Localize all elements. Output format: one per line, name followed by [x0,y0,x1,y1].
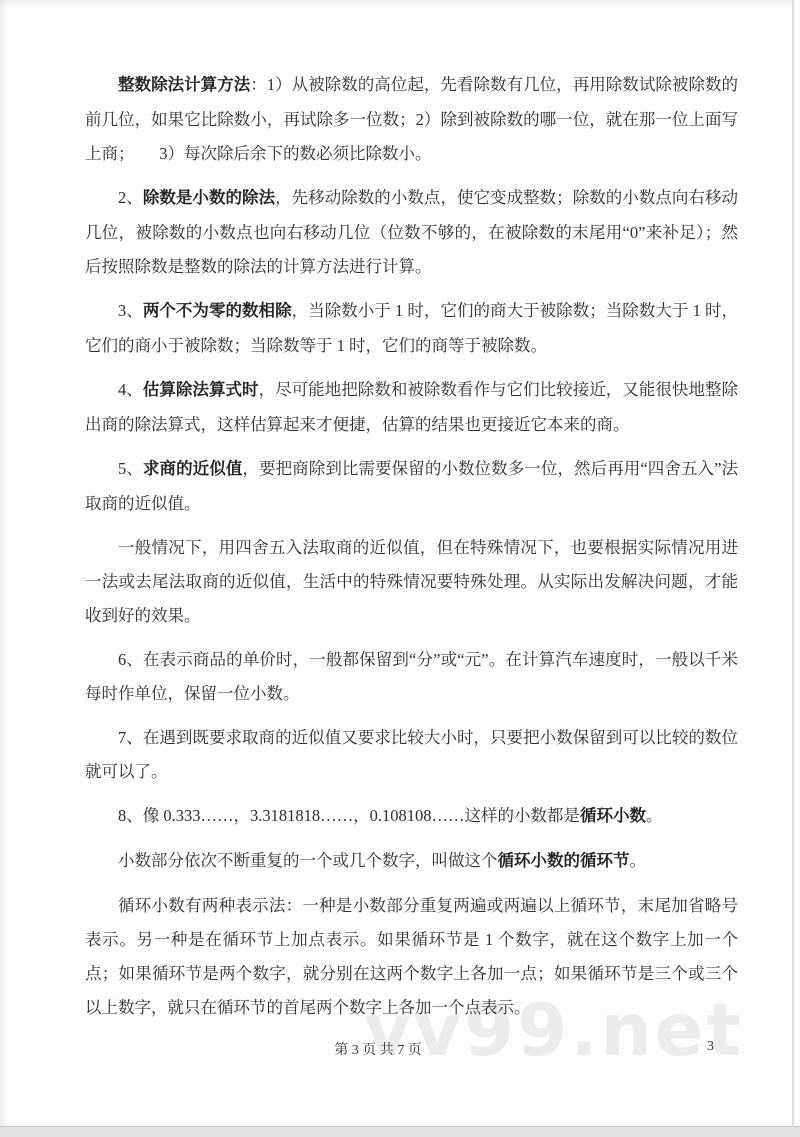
paragraph: 一般情况下，用四舍五入法取商的近似值，但在特殊情况下，也要根据实际情况用进一法或… [85,531,738,633]
text-segment: 。 [630,851,647,870]
page-edge-bottom [0,1126,800,1137]
text-segment: 。 [646,806,663,825]
paragraph: 小数部分依次不断重复的一个或几个数字，叫做这个循环小数的循环节。 [85,844,738,879]
text-segment: 3、 [118,301,143,320]
bold-term: 循环小数 [580,807,646,825]
paragraph: 5、求商的近似值，要把商除到比需要保留的小数位数多一位，然后再用“四舍五入”法取… [85,452,738,521]
paragraph: 循环小数有两种表示法：一种是小数部分重复两遍或两遍以上循环节，末尾加省略号表示。… [85,889,738,1025]
paragraph: 2、除数是小数的除法，先移动除数的小数点，使它变成整数；除数的小数点向右移动几位… [85,181,738,284]
text-segment: 2、 [118,188,143,207]
page-edge-top [0,0,800,7]
bold-term: 整数除法计算方法 [118,76,250,94]
paragraph: 4、估算除法算式时，尽可能地把除数和被除数看作与它们比较接近，又能很快地整除出商… [85,373,738,442]
text-segment: 4、 [118,380,143,399]
text-segment: 一般情况下，用四舍五入法取商的近似值，但在特殊情况下，也要根据实际情况用进一法或… [85,538,738,625]
paragraph: 8、像 0.333……，3.3181818……，0.108108……这样的小数都… [85,799,738,834]
bold-term: 两个不为零的数相除 [143,302,292,320]
paragraph: 7、在遇到既要求取商的近似值又要求比较大小时，只要把小数保留到可以比较的数位就可… [85,721,738,789]
text-segment: 循环小数有两种表示法：一种是小数部分重复两遍或两遍以上循环节，末尾加省略号表示。… [85,896,738,1017]
text-segment: 8、像 0.333……，3.3181818……，0.108108……这样的小数都… [118,806,580,825]
page-edge-left [0,0,9,1127]
bold-term: 除数是小数的除法 [143,189,275,207]
page-edge-right-margin [794,0,800,1127]
page-number: 3 [707,1039,714,1055]
page-edge-right-line [792,0,794,1127]
document-page: vv99.net 整数除法计算方法：1）从被除数的高位起，先看除数有几位，再用除… [0,0,800,1137]
page-footer: 第 3 页 共 7 页 [0,1039,756,1059]
bold-term: 估算除法算式时 [143,381,259,399]
bold-term: 求商的近似值 [143,460,243,478]
bold-term: 循环小数的循环节 [498,852,630,870]
text-segment: 小数部分依次不断重复的一个或几个数字，叫做这个 [118,851,498,870]
document-body: 整数除法计算方法：1）从被除数的高位起，先看除数有几位，再用除数试除被除数的前几… [85,68,738,1035]
paragraph: 6、在表示商品的单价时，一般都保留到“分”或“元”。在计算汽车速度时，一般以千米… [85,643,738,711]
text-segment: 7、在遇到既要求取商的近似值又要求比较大小时，只要把小数保留到可以比较的数位就可… [85,728,738,781]
paragraph: 3、两个不为零的数相除，当除数小于 1 时，它们的商大于被除数；当除数大于 1 … [85,294,738,363]
text-segment: 6、在表示商品的单价时，一般都保留到“分”或“元”。在计算汽车速度时，一般以千米… [85,650,738,703]
text-segment: 5、 [118,459,143,478]
paragraph: 整数除法计算方法：1）从被除数的高位起，先看除数有几位，再用除数试除被除数的前几… [85,68,738,171]
